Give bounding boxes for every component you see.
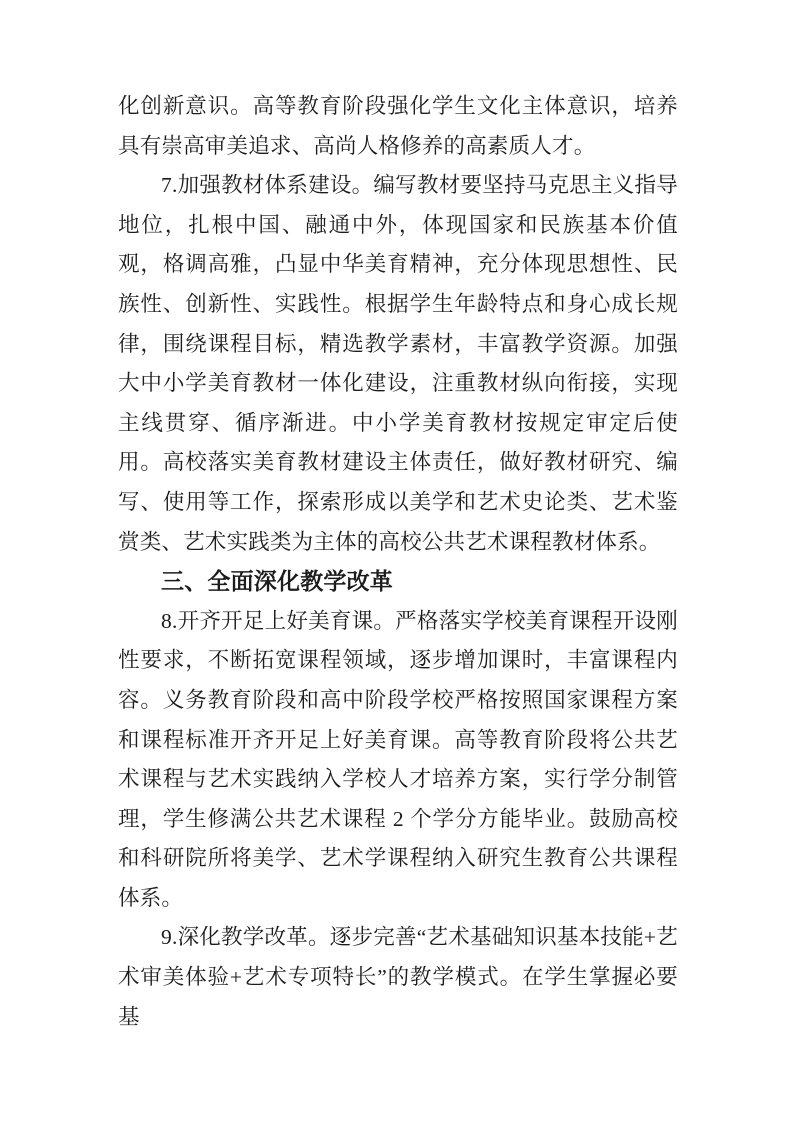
document-page: 化创新意识。高等教育阶段强化学生文化主体意识，培养具有崇高审美追求、高尚人格修养… (0, 0, 793, 1122)
paragraph-item-8: 8.开齐开足上好美育课。严格落实学校美育课程开设刚性要求，不断拓宽课程领域，逐步… (118, 602, 678, 919)
paragraph-continuation: 化创新意识。高等教育阶段强化学生文化主体意识，培养具有崇高审美追求、高尚人格修养… (118, 87, 678, 166)
paragraph-item-9: 9.深化教学改革。逐步完善“艺术基础知识基本技能+艺术审美体验+艺术专项特长”的… (118, 918, 678, 1037)
section-heading-3: 三、全面深化教学改革 (118, 562, 678, 602)
paragraph-item-7: 7.加强教材体系建设。编写教材要坚持马克思主义指导地位，扎根中国、融通中外，体现… (118, 166, 678, 562)
document-body: 化创新意识。高等教育阶段强化学生文化主体意识，培养具有崇高审美追求、高尚人格修养… (118, 87, 678, 1037)
